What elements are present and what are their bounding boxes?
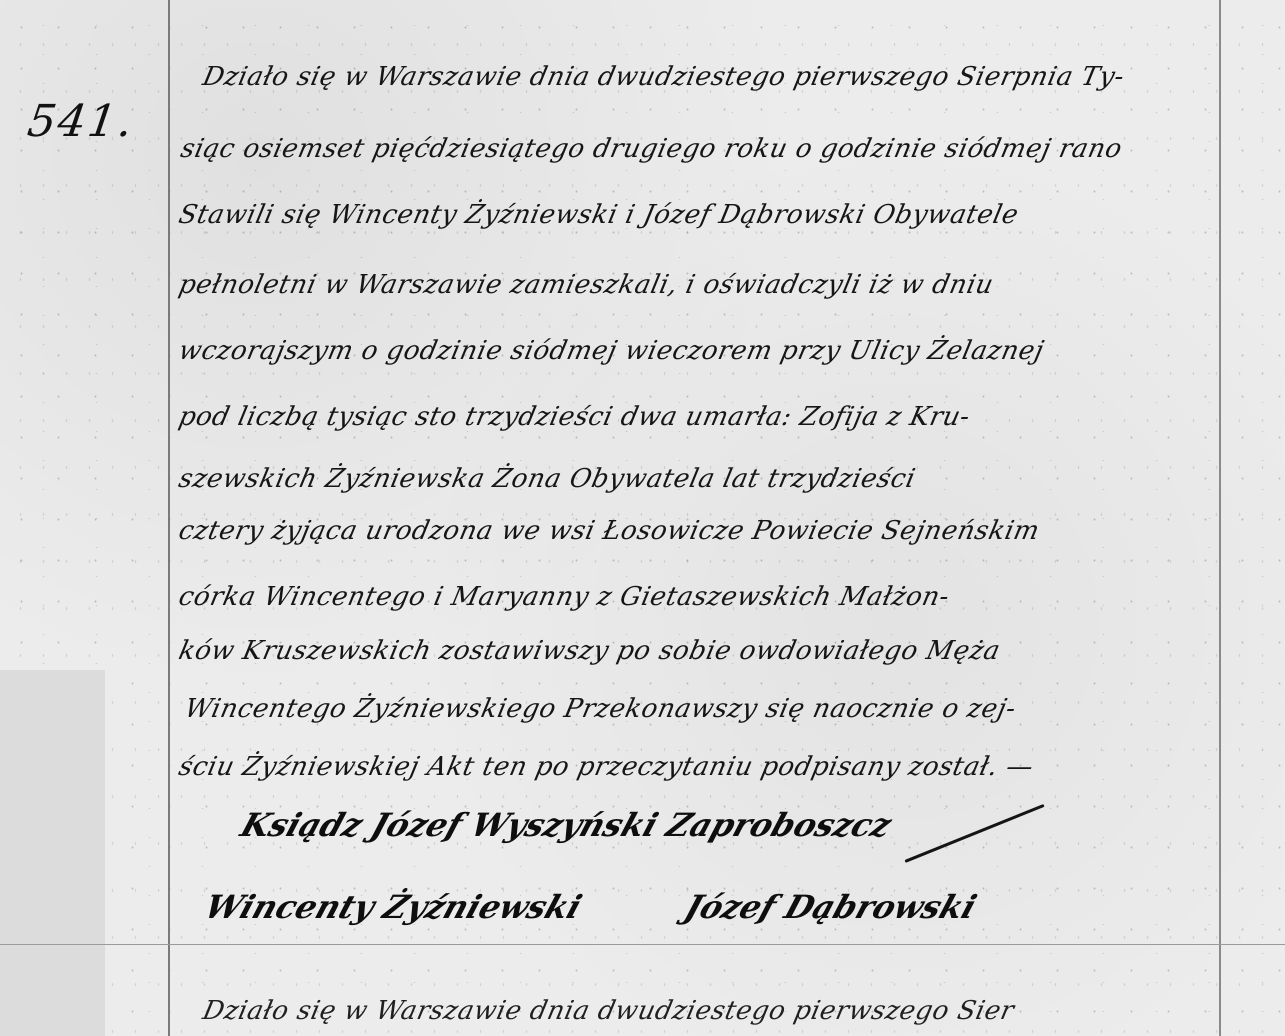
signature-declarant-1: Wincenty Żyźniewski	[200, 888, 587, 926]
left-margin-rule	[168, 0, 170, 1036]
record-line-3: Stawili się Wincenty Żyźniewski i Józef …	[176, 200, 1021, 230]
document-page: 541. Działo się w Warszawie dnia dwudzie…	[0, 0, 1285, 1036]
record-line-4: pełnoletni w Warszawie zamieszkali, i oś…	[176, 270, 996, 300]
record-line-10: ków Kruszewskich zostawiwszy po sobie ow…	[176, 636, 1003, 666]
record-line-11: Wincentego Żyźniewskiego Przekonawszy si…	[182, 694, 1019, 724]
signature-declarant-2: Józef Dąbrowski	[680, 888, 981, 926]
record-line-8: cztery żyjąca urodzona we wsi Łosowicze …	[176, 516, 1042, 546]
record-line-1: Działo się w Warszawie dnia dwudziestego…	[200, 62, 1127, 92]
record-line-7: szewskich Żyźniewska Żona Obywatela lat …	[176, 464, 918, 494]
record-line-6: pod liczbą tysiąc sto trzydzieści dwa um…	[176, 402, 973, 432]
record-line-12: ściu Żyźniewskiej Akt ten po przeczytani…	[176, 752, 1036, 782]
entry-separator-rule	[0, 944, 1285, 945]
signature-priest: Ksiądz Józef Wyszyński Zaproboszcz	[236, 806, 896, 844]
entry-number: 541.	[24, 96, 137, 147]
scan-lighter-patch	[0, 670, 105, 1036]
next-record-first-line: Działo się w Warszawie dnia dwudziestego…	[200, 996, 1017, 1026]
record-line-5: wczorajszym o godzinie siódmej wieczorem…	[176, 336, 1047, 366]
record-line-9: córka Wincentego i Maryanny z Gietaszews…	[176, 582, 952, 612]
right-margin-rule	[1219, 0, 1221, 1036]
record-line-2: siąc osiemset pięćdziesiątego drugiego r…	[178, 134, 1125, 164]
